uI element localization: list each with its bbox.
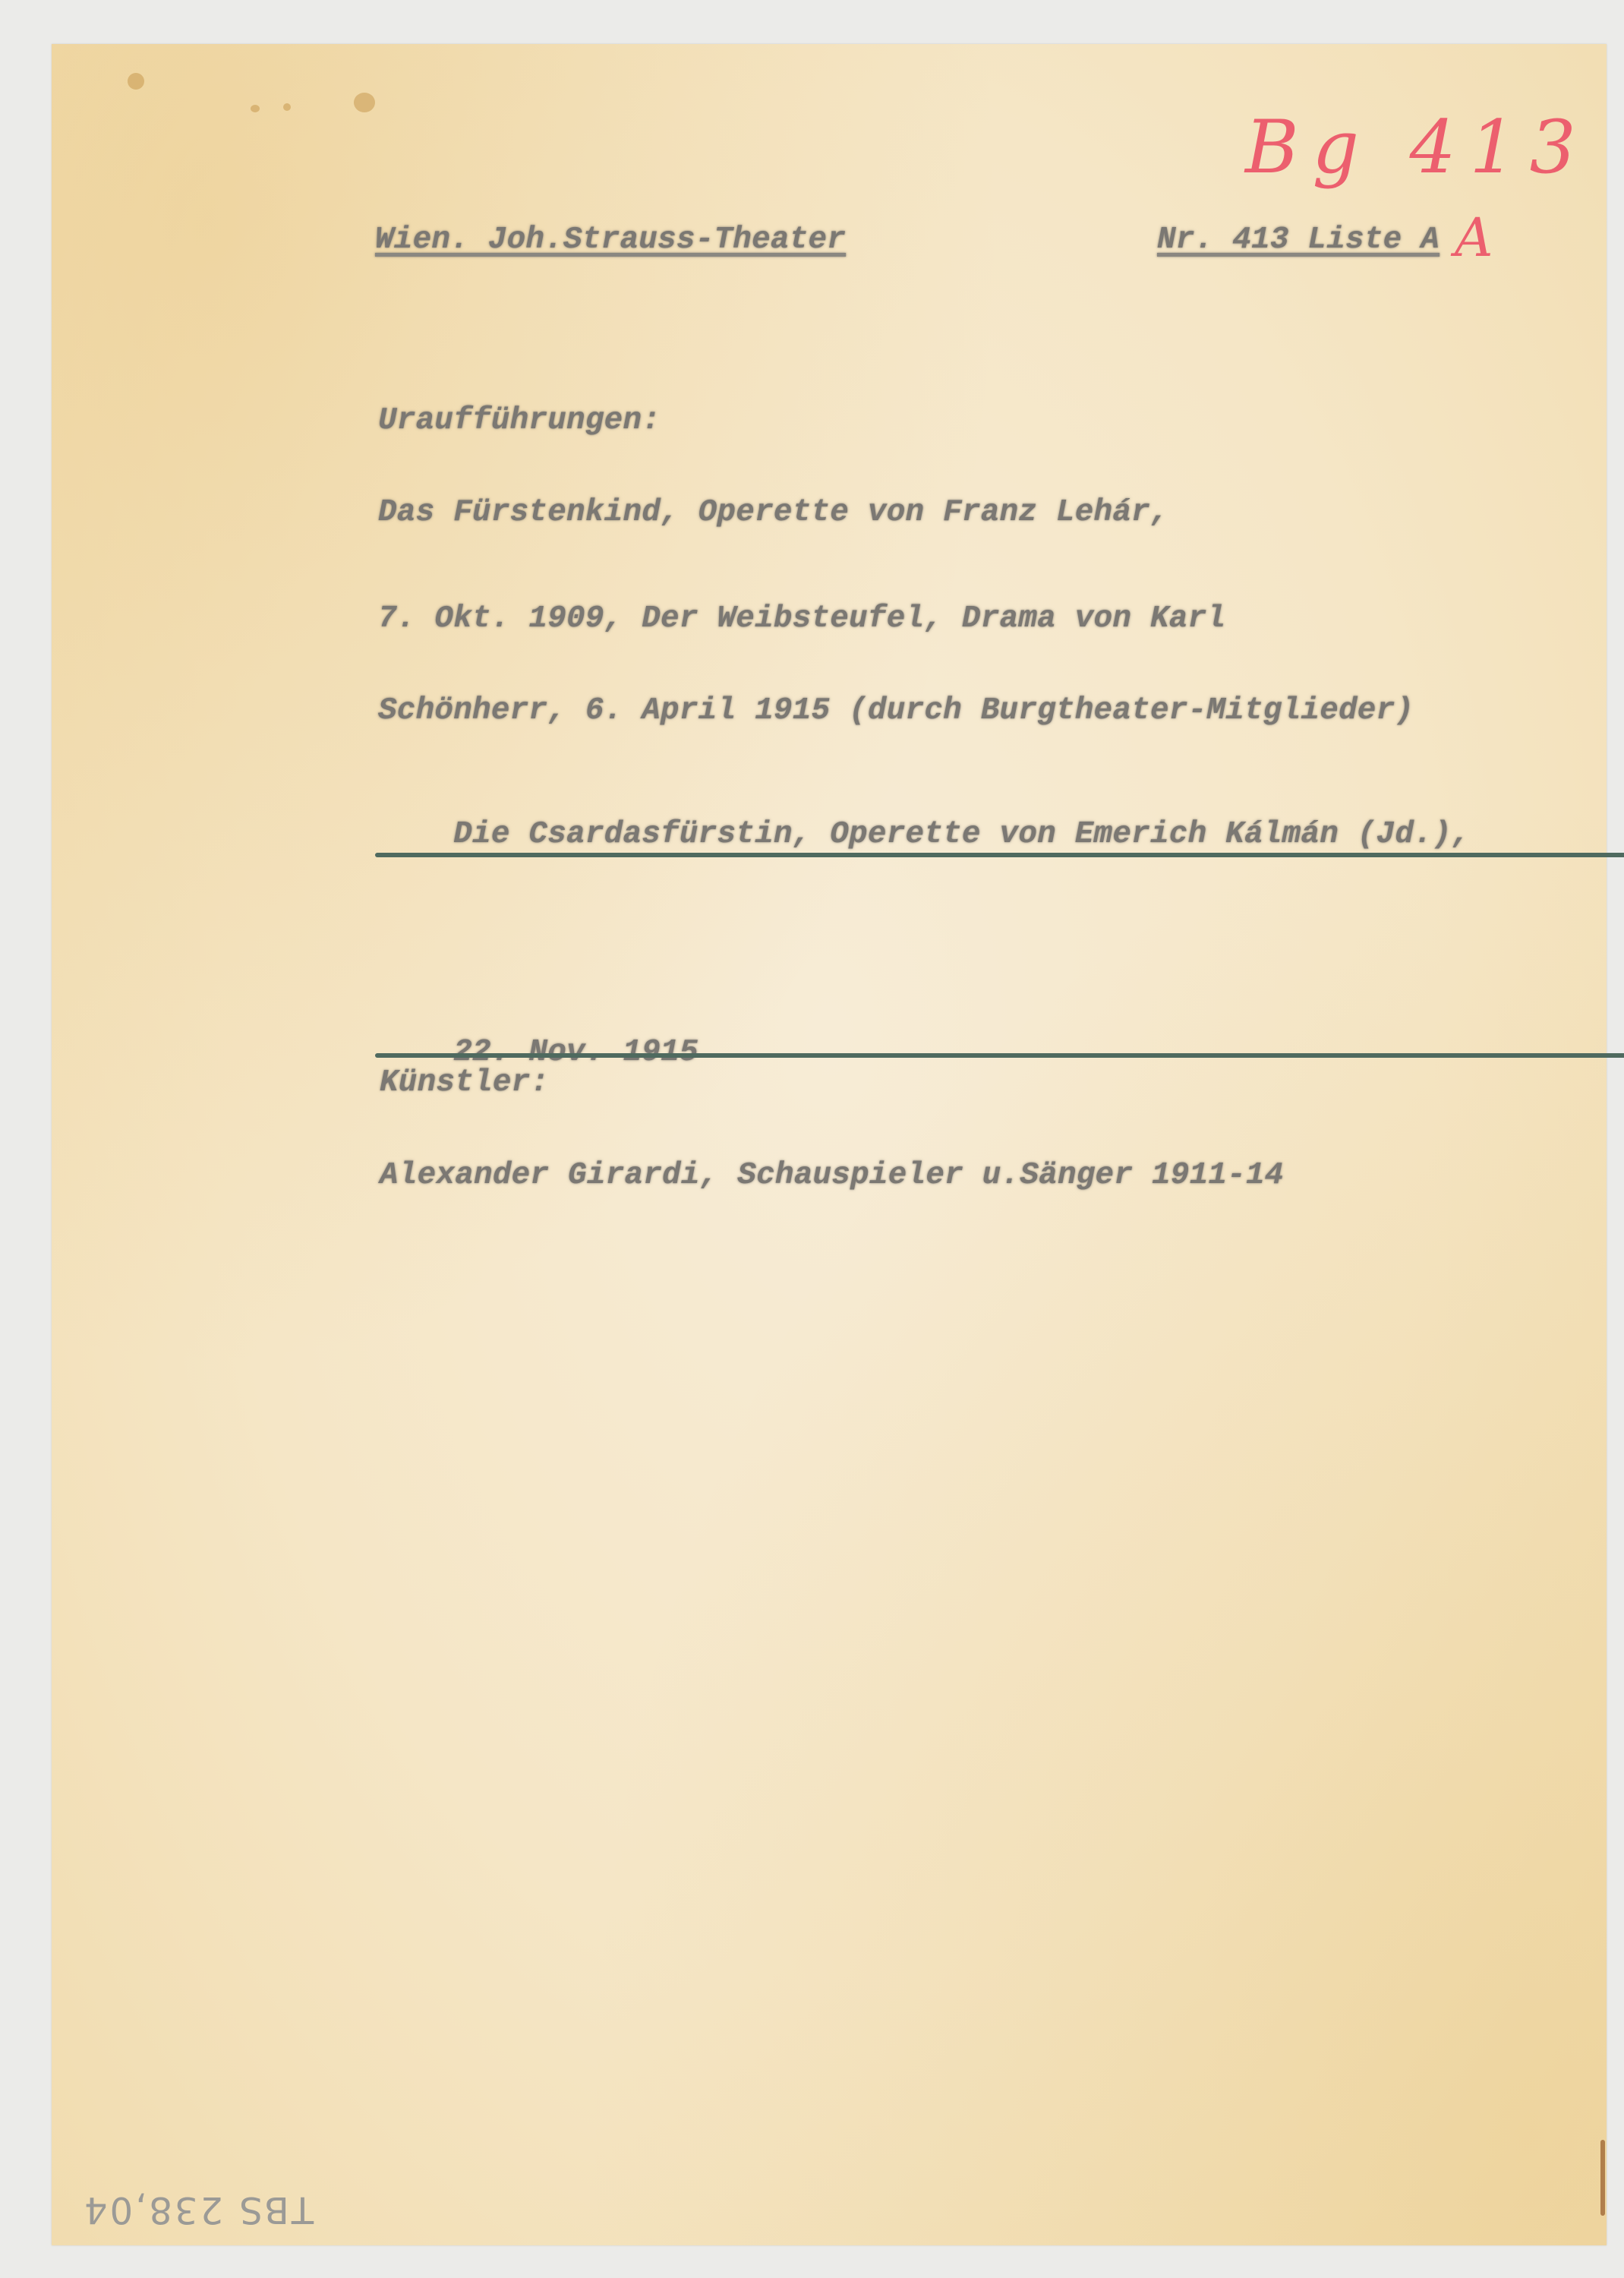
struck-text: Die Csardasfürstin, Operette von Emerich…	[453, 817, 1470, 852]
red-pencil-signature: Bg 413	[1245, 111, 1590, 184]
document-page: Wien. Joh.Strauss-Theater Nr. 413 Liste …	[52, 44, 1607, 2245]
stain	[354, 93, 375, 112]
artist-line: Alexander Girardi, Schauspieler u.Sänger…	[380, 1160, 1284, 1191]
artists-heading: Künstler:	[380, 1068, 549, 1099]
stain	[251, 105, 260, 112]
red-pencil-list-letter: A	[1455, 211, 1493, 264]
struck-premiere-line: Die Csardasfürstin, Operette von Emerich…	[378, 788, 1624, 913]
premiere-line: 7. Okt. 1909, Der Weibsteufel, Drama von…	[378, 604, 1225, 635]
stain	[128, 73, 144, 90]
bottom-pencil-note: TBS 238,04	[82, 2191, 314, 2228]
strike-through-mark	[375, 853, 1624, 857]
premiere-line: Schönherr, 6. April 1915 (durch Burgthea…	[378, 696, 1414, 727]
stain	[283, 103, 291, 111]
struck-premiere-line: 22. Nov. 1915	[378, 1006, 1624, 1131]
header-list-number: Nr. 413 Liste A	[1157, 225, 1440, 256]
edge-stain	[1600, 2140, 1605, 2216]
premiere-line: Das Fürstenkind, Operette von Franz Lehá…	[378, 497, 1169, 528]
header-theater-name: Wien. Joh.Strauss-Theater	[375, 225, 846, 256]
strike-through-mark	[375, 1053, 1624, 1058]
premieres-heading: Uraufführungen:	[378, 405, 661, 437]
